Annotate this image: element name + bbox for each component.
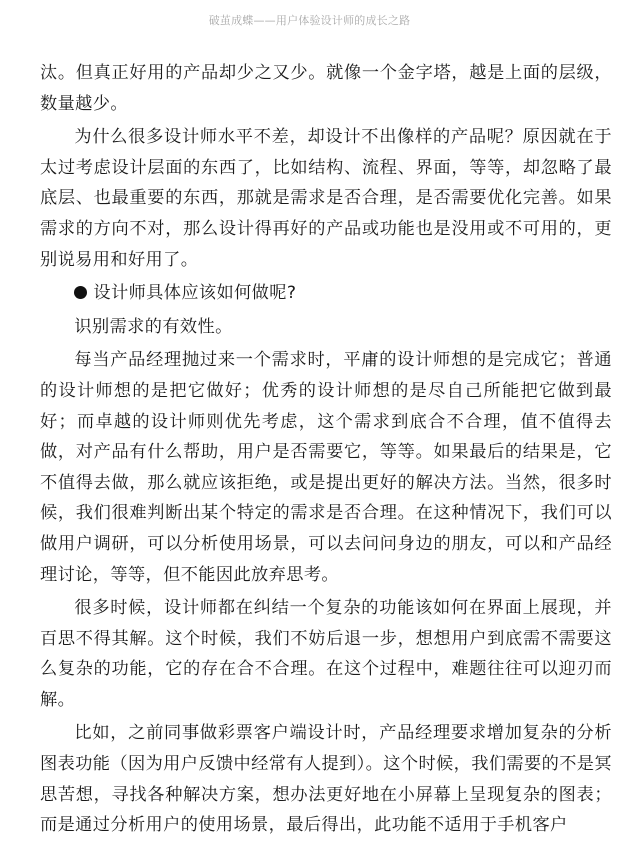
paragraph-why-designers-fail: 为什么很多设计师水平不差，却设计不出像样的产品呢？原因就在于太过考虑设计层面的东…	[40, 122, 612, 275]
paragraph-lottery-example: 比如，之前同事做彩票客户端设计时，产品经理要求增加复杂的分析图表功能（因为用户反…	[40, 718, 612, 840]
running-header: 破茧成蝶——用户体验设计师的成长之路	[0, 12, 619, 28]
paragraph-continuation: 汰。但真正好用的产品却少之又少。就像一个金字塔，越是上面的层级，数量越少。	[40, 58, 612, 119]
paragraph-step-back: 很多时候，设计师都在纠结一个复杂的功能该如何在界面上展现，并百思不得其解。这个时…	[40, 593, 612, 715]
bullet-heading: 设计师具体应该如何做呢?	[40, 278, 612, 309]
subheading-identify-needs: 识别需求的有效性。	[40, 312, 612, 343]
paragraph-designer-levels: 每当产品经理抛过来一个需求时，平庸的设计师想的是完成它；普通的设计师想的是把它做…	[40, 345, 612, 590]
page-body: 汰。但真正好用的产品却少之又少。就像一个金字塔，越是上面的层级，数量越少。 为什…	[40, 58, 612, 841]
bullet-heading-text: 设计师具体应该如何做呢?	[93, 283, 296, 303]
bullet-icon	[74, 286, 87, 299]
